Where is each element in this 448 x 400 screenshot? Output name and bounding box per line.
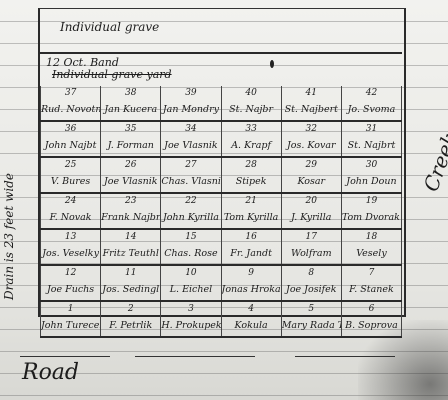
struck-note: Individual grave yard — [52, 68, 172, 81]
grave-name: Tom Kyrilla — [222, 208, 282, 228]
grave-name: John Kyrilla — [161, 208, 221, 228]
grave-number: 42 — [342, 86, 402, 100]
grave-number: 16 — [222, 230, 282, 244]
grave-number: 17 — [282, 230, 342, 244]
grave-number: 20 — [282, 194, 342, 208]
grave-number: 9 — [222, 266, 282, 280]
grave-number: 28 — [222, 158, 282, 172]
grave-number: 15 — [161, 230, 221, 244]
grave-name: J. Forman — [101, 136, 161, 156]
grave-name: Fr. Jandt — [222, 244, 282, 264]
grave-name-row: F. NovakFrank NajbrJohn KyrillaTom Kyril… — [40, 208, 402, 230]
grave-name-row: V. BuresJoe VlasnikChas. VlasnikStipekKo… — [40, 172, 402, 194]
grave-name: Wolfram — [282, 244, 342, 264]
road-label: Road — [22, 360, 79, 385]
grave-name: Jos. Veselky — [40, 244, 101, 264]
grave-number: 6 — [342, 302, 402, 316]
grave-number: 32 — [282, 122, 342, 136]
grave-number: 21 — [222, 194, 282, 208]
grave-name: Chas. Vlasnik — [161, 172, 221, 192]
grave-name: F. Stanek — [342, 280, 402, 300]
grave-number: 38 — [101, 86, 161, 100]
grave-name: Tom Dvorak / Rynes — [342, 208, 402, 228]
grave-number: 19 — [342, 194, 402, 208]
grave-name: A. Krapf — [222, 136, 282, 156]
grave-number: 14 — [101, 230, 161, 244]
grave-name: St. Najbrt — [342, 136, 402, 156]
grave-number: 2 — [101, 302, 161, 316]
grave-name: Jonas Hroka — [222, 280, 282, 300]
grave-name: Kokula — [222, 316, 282, 336]
margin-note-left: Drain is 23 feet wide — [2, 173, 16, 300]
grave-number: 22 — [161, 194, 221, 208]
block-label: 12 Oct. Band Individual grave yard — [40, 54, 402, 86]
grave-name: B. Soprova — [342, 316, 402, 336]
grave-number: 26 — [101, 158, 161, 172]
grave-name: Kosar — [282, 172, 342, 192]
grave-name: St. Najbert — [282, 100, 342, 120]
grave-name: Mary Rada Tulacova — [282, 316, 342, 336]
grave-number: 4 — [222, 302, 282, 316]
grave-number: 23 — [101, 194, 161, 208]
grave-number: 27 — [161, 158, 221, 172]
grave-name: Joe Fuchs — [40, 280, 101, 300]
grave-grid: 373839404142Rud. NovotnyJan KuceraJan Mo… — [40, 86, 402, 338]
grave-number: 33 — [222, 122, 282, 136]
grave-number-row: 242322212019 — [40, 194, 402, 208]
grave-number: 24 — [40, 194, 101, 208]
grave-name: Jos. Sedingl — [101, 280, 161, 300]
grave-number-row: 363534333231 — [40, 122, 402, 136]
grave-name: St. Najbr — [222, 100, 282, 120]
grave-name: H. Prokupek — [161, 316, 221, 336]
grave-number: 1 — [40, 302, 101, 316]
grave-name: Jo. Svoma — [342, 100, 402, 120]
grave-number-row: 131415161718 — [40, 230, 402, 244]
grave-number: 29 — [282, 158, 342, 172]
grave-number-row: 121110987 — [40, 266, 402, 280]
grave-number: 31 — [342, 122, 402, 136]
grave-number: 3 — [161, 302, 221, 316]
ink-dot — [270, 60, 274, 68]
grave-number: 39 — [161, 86, 221, 100]
grave-name: Stipek — [222, 172, 282, 192]
grave-number: 12 — [40, 266, 101, 280]
road-line — [20, 356, 110, 357]
grave-name-row: Joe FuchsJos. SedinglL. EichelJonas Hrok… — [40, 280, 402, 302]
grave-number: 30 — [342, 158, 402, 172]
grave-name: Jan Mondry — [161, 100, 221, 120]
grave-number: 10 — [161, 266, 221, 280]
grave-name: Rud. Novotny — [40, 100, 101, 120]
grave-name: V. Bures — [40, 172, 101, 192]
grave-number: 13 — [40, 230, 101, 244]
grave-number: 41 — [282, 86, 342, 100]
grave-number: 37 — [40, 86, 101, 100]
grave-number: 7 — [342, 266, 402, 280]
grave-name: Joe Josifek — [282, 280, 342, 300]
grave-number-row: 252627282930 — [40, 158, 402, 172]
header-title: Individual grave — [60, 20, 159, 34]
grave-number: 34 — [161, 122, 221, 136]
grave-number-row: 123456 — [40, 302, 402, 316]
grave-number: 5 — [282, 302, 342, 316]
grave-name: Vesely — [342, 244, 402, 264]
grave-number-row: 373839404142 — [40, 86, 402, 100]
grave-name: Joe Vlasnik — [161, 136, 221, 156]
grave-name: F. Novak — [40, 208, 101, 228]
grave-number: 25 — [40, 158, 101, 172]
grave-number: 11 — [101, 266, 161, 280]
grave-name-row: John TurecekF. PetrlikH. ProkupekKokulaM… — [40, 316, 402, 338]
grave-name: Chas. Rose — [161, 244, 221, 264]
grave-name: John Najbt — [40, 136, 101, 156]
grave-name: L. Eichel — [161, 280, 221, 300]
grave-name-row: John NajbtJ. FormanJoe VlasnikA. KrapfJo… — [40, 136, 402, 158]
grave-number: 8 — [282, 266, 342, 280]
grave-name-row: Jos. VeselkyFritz TeuthlChas. RoseFr. Ja… — [40, 244, 402, 266]
grave-name: F. Petrlik — [101, 316, 161, 336]
road-line — [135, 356, 255, 357]
grave-name: Jos. Kovar — [282, 136, 342, 156]
grave-name-row: Rud. NovotnyJan KuceraJan MondrySt. Najb… — [40, 100, 402, 122]
grave-name: Fritz Teuthl — [101, 244, 161, 264]
grave-name: Joe Vlasnik — [101, 172, 161, 192]
grave-name: John Doun — [342, 172, 402, 192]
grave-number: 35 — [101, 122, 161, 136]
grave-name: John Turecek — [40, 316, 101, 336]
road-line — [295, 356, 395, 357]
grave-name: J. Kyrilla — [282, 208, 342, 228]
grave-name: Frank Najbr — [101, 208, 161, 228]
grave-number: 18 — [342, 230, 402, 244]
header-box: Individual grave — [40, 8, 402, 54]
grave-number: 36 — [40, 122, 101, 136]
grave-name: Jan Kucera — [101, 100, 161, 120]
grave-number: 40 — [222, 86, 282, 100]
